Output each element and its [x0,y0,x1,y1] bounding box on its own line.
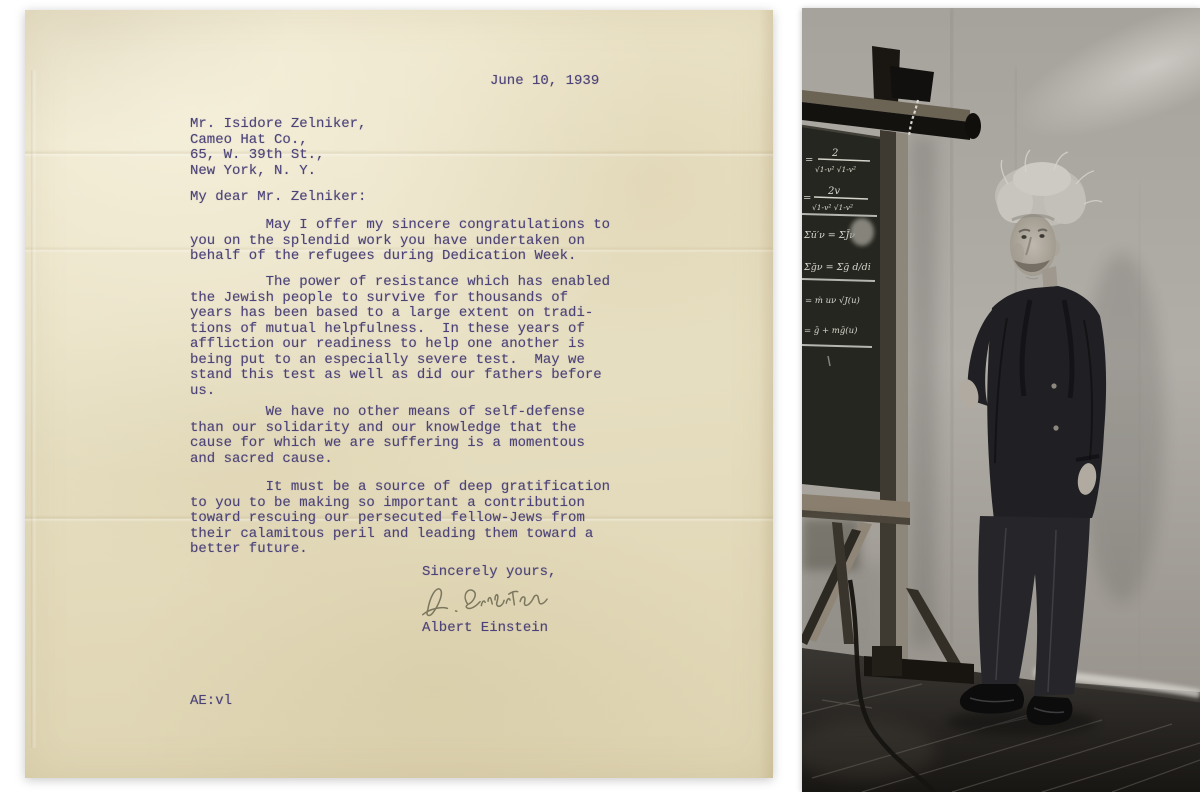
letter-paragraph-3: We have no other means of self-defense t… [190,405,585,467]
chalk-line-4: Σḡν = Σḡ d/di [803,262,871,273]
signature-autograph [416,574,568,624]
chalk-fraction2-numerator: 2v [827,186,840,197]
right-shoe [1027,696,1073,725]
letter-paragraph-4: It must be a source of deep gratificatio… [190,480,610,558]
recipient-address: Mr. Isidore Zelniker, Cameo Hat Co., 65,… [190,117,366,179]
blackboard [802,126,880,492]
letter-date: June 10, 1939 [490,74,599,90]
easel-shadow [910,136,936,646]
chalk-fraction2-denominator: √1-v² √1-v² [812,203,853,212]
chalk-equals: = [805,155,813,166]
chalk-equals: = [803,193,811,204]
chalk-fraction1-denominator: √1-v² √1-v² [815,165,856,174]
letter-scan: June 10, 1939 Mr. Isidore Zelniker, Came… [25,10,773,778]
chalk-fraction1-numerator: 2 [831,148,838,159]
letter-paragraph-2: The power of resistance which has enable… [190,275,610,399]
floor-shadow [947,709,1097,735]
paper-edge-shadow [759,10,773,778]
paper-crease [31,70,37,748]
signature-einstein [465,586,548,609]
page: June 10, 1939 Mr. Isidore Zelniker, Came… [0,0,1200,792]
paper-crease [25,150,773,157]
chalk-line-6: = ḡ + mḡ(u) [804,325,857,336]
reference-initials: AE:vl [190,694,232,710]
curtain-fold [951,8,953,644]
chalk-line-3: Σū′ν = ΣJ̄ν [803,229,855,241]
salutation: My dear Mr. Zelniker: [190,190,366,206]
letter-paragraph-1: May I offer my sincere congratulations t… [190,218,610,265]
easel-clamp [890,66,934,102]
signature-initial-A [421,588,447,615]
eye [1039,234,1044,238]
typed-name: Albert Einstein [422,621,548,637]
chalk-line-5: = ṁ uν √J(u) [805,295,860,306]
eye [1021,235,1026,239]
jacket-button [1053,425,1058,430]
easel-post [880,130,896,672]
einstein-photo: = 2 √1-v² √1-v² = 2v √1-v² √1-v² Σū′ν = … [802,8,1200,792]
jacket-button [1051,383,1056,388]
chalk-smudge [850,218,874,246]
